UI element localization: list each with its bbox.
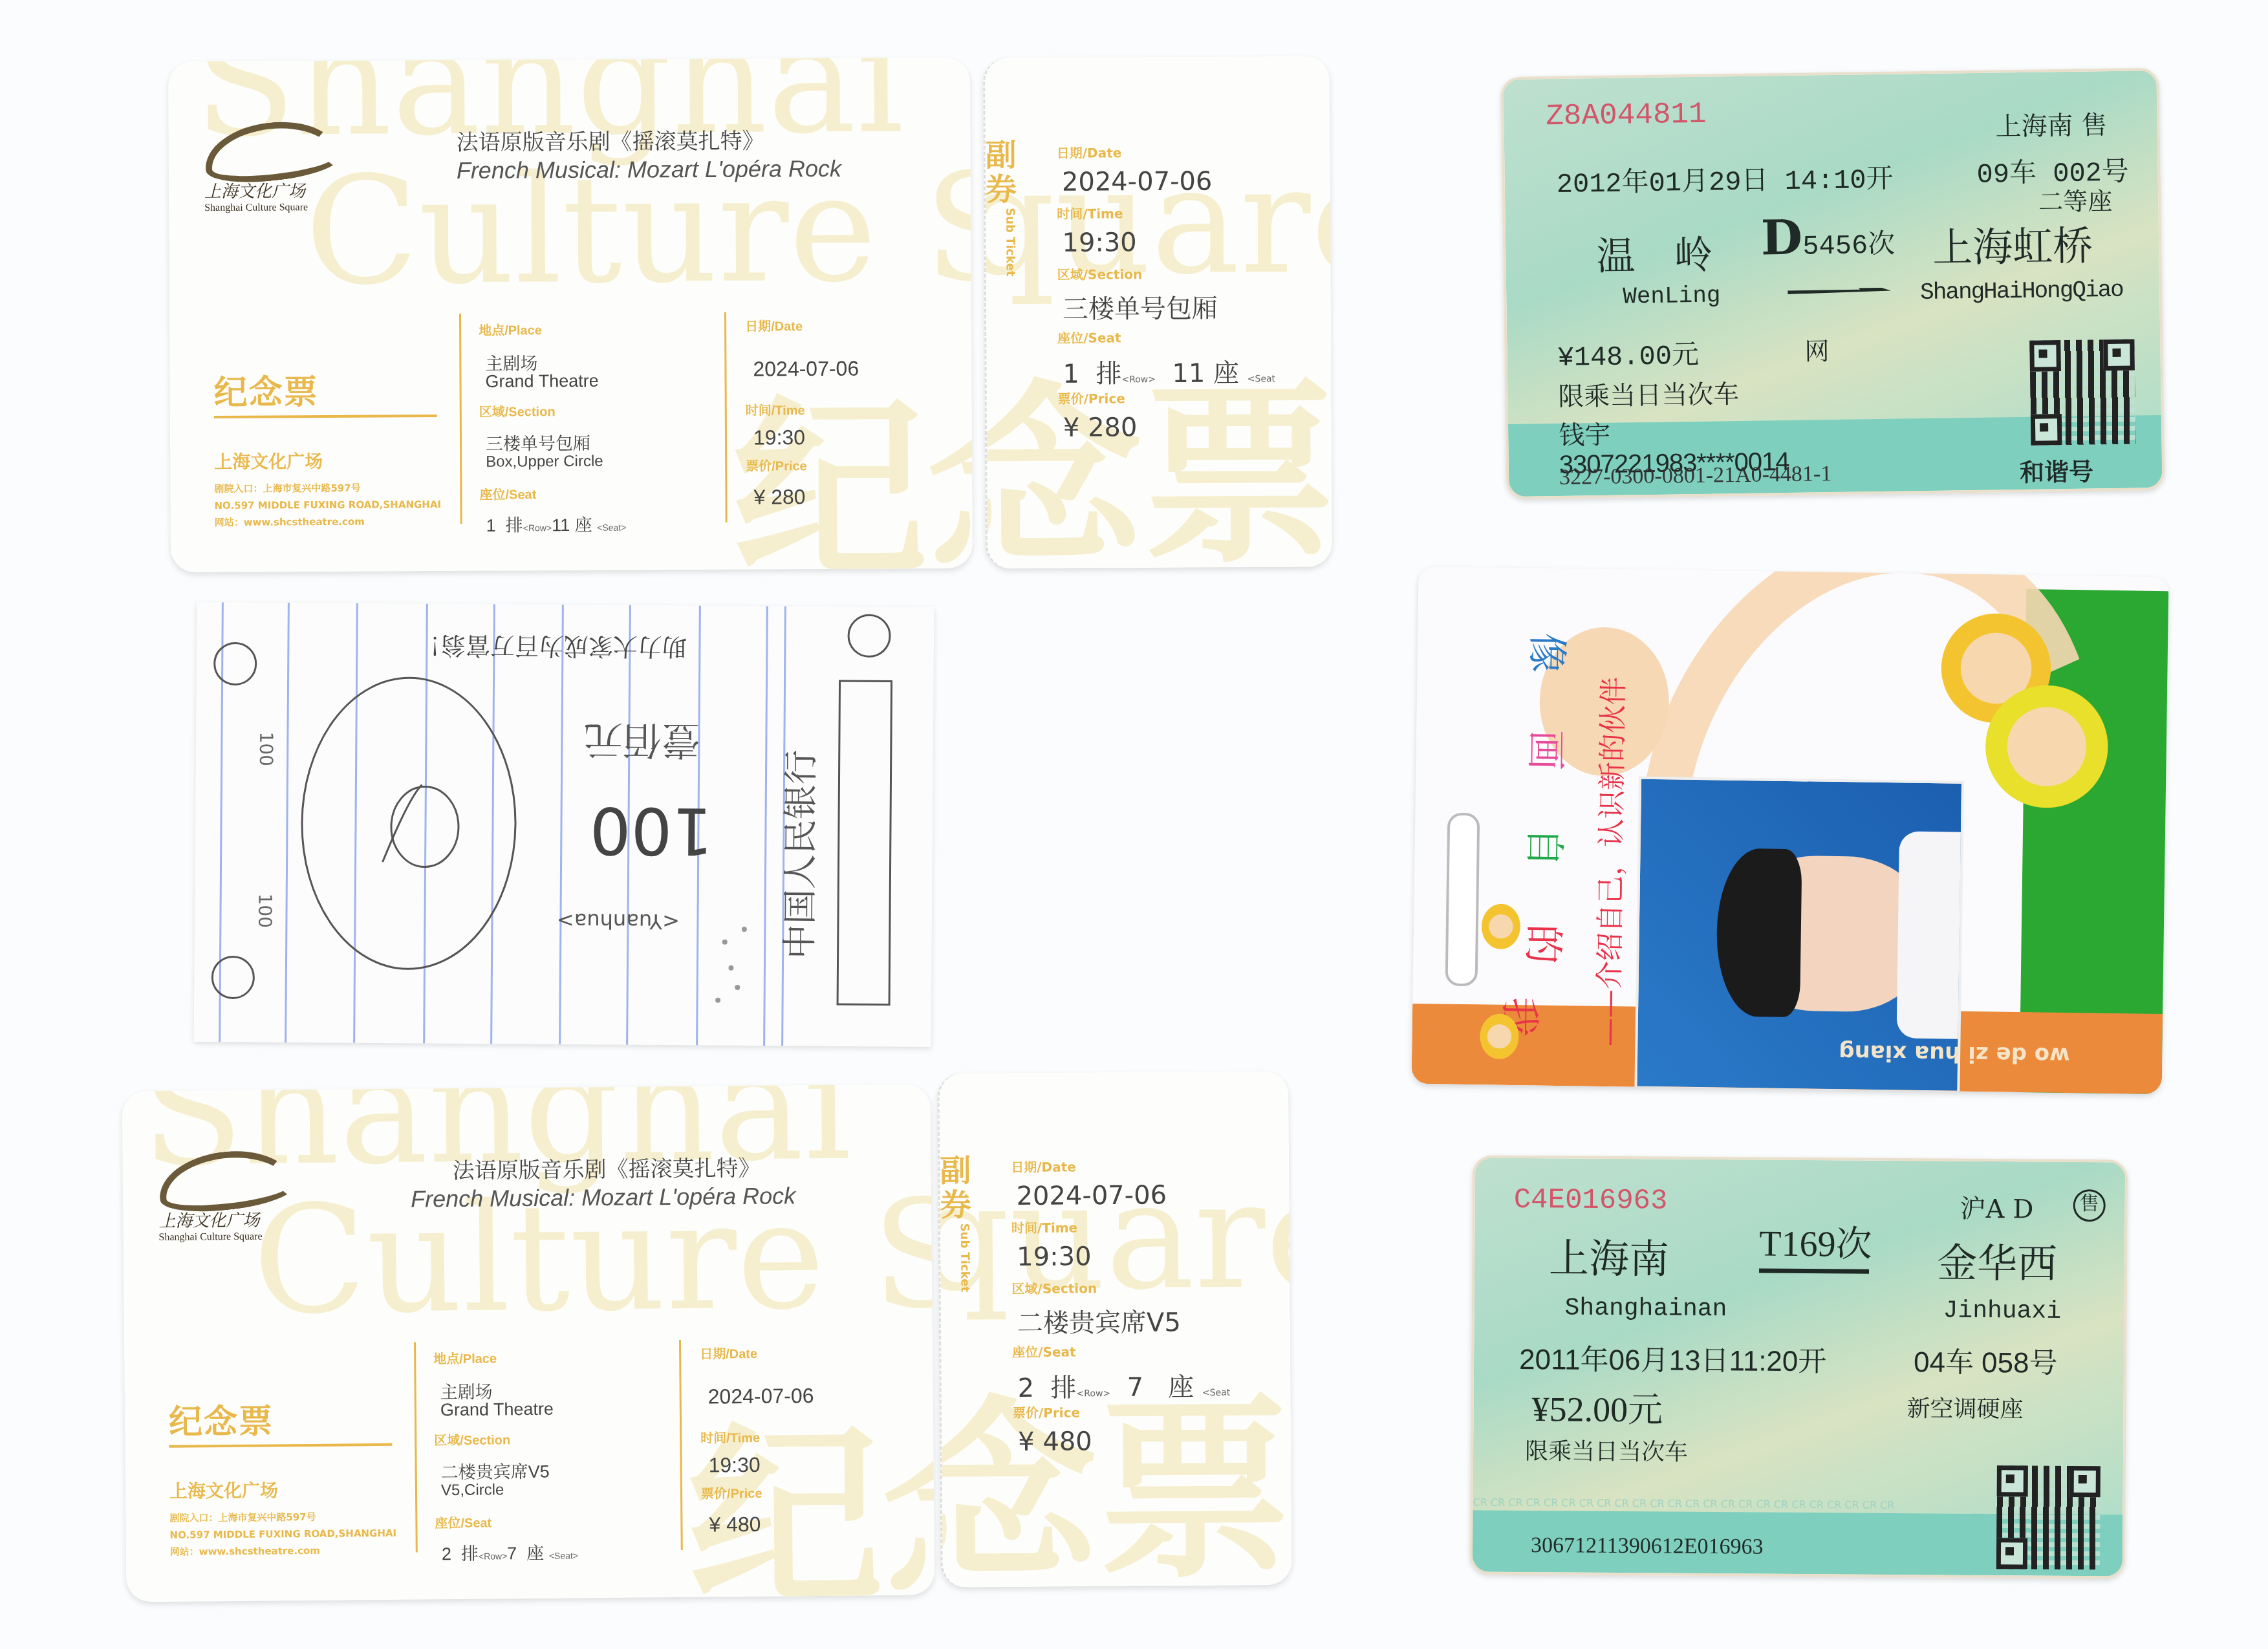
train-ticket-t169: CR CR CR CR CR CR CR CR CR CR CR CR CR C… bbox=[1470, 1155, 2128, 1579]
stub-time: 19:30 bbox=[1017, 1242, 1092, 1272]
divider bbox=[214, 415, 437, 418]
stub-date-label: 日期/Date bbox=[1011, 1156, 1076, 1176]
stub-row-unit: 排 bbox=[1050, 1373, 1076, 1403]
from-station-cn: 温 岭 bbox=[1596, 224, 1713, 282]
divider bbox=[169, 1443, 392, 1448]
stub-row: 2 bbox=[1017, 1374, 1034, 1403]
to-station-cn: 上海虹桥 bbox=[1932, 213, 2093, 273]
stub-section: 二楼贵宾席V5 bbox=[1017, 1302, 1181, 1340]
drawing-top-text: 助力大家成为百万富翁！ bbox=[416, 629, 687, 667]
price-label: 票价/Price bbox=[746, 455, 807, 474]
notebook-lines-icon bbox=[194, 602, 934, 1047]
seat-value: 2 排<Row>7 座 <Seat> bbox=[442, 1538, 578, 1565]
column-divider bbox=[414, 1342, 418, 1553]
stub-section-label: 区域/Section bbox=[1011, 1278, 1097, 1297]
place-en: Grand Theatre bbox=[485, 371, 598, 392]
row-number: 2 bbox=[442, 1544, 451, 1564]
column-divider bbox=[724, 312, 728, 523]
hand-drawn-banknote: 助力大家成为百万富翁！ 100 壹佰元 <Yuanhua> 中国人民银行 100… bbox=[194, 602, 934, 1047]
stub-time-label: 时间/Time bbox=[1011, 1217, 1077, 1236]
seat-label: 座位/Seat bbox=[479, 484, 536, 502]
section-cn: 二楼贵宾席V5 bbox=[441, 1458, 550, 1483]
stub-row-en: <Row> bbox=[1121, 374, 1156, 385]
stub-time-label: 时间/Time bbox=[1057, 203, 1123, 222]
column-divider bbox=[679, 1340, 683, 1550]
self-portrait-card: 像 画 自 的 我 ——介绍自己，认识新的伙伴 wo de zi hua xia… bbox=[1411, 566, 2168, 1094]
date-label: 日期/Date bbox=[745, 316, 803, 334]
departure-datetime: 2011年06月13日11:20开 bbox=[1519, 1336, 1827, 1379]
stub-seat-unit: 座 bbox=[1213, 358, 1239, 388]
bottom-code: 3227-0300-0801-21A0-4481-1 bbox=[1559, 462, 1832, 490]
address-cn: 剧院入口：上海市复兴中路597号 bbox=[214, 479, 441, 497]
souvenir-label: 纪念票 bbox=[169, 1394, 274, 1443]
watermark-souvenir: 念票 bbox=[983, 380, 1332, 569]
drawing-corner-value: 100 bbox=[254, 893, 275, 928]
from-station-en: WenLing bbox=[1623, 282, 1721, 310]
drawing-corner-value: 100 bbox=[255, 731, 277, 766]
stub-seat-en: <Seat bbox=[1202, 1388, 1230, 1398]
stub-price-label: 票价/Price bbox=[1058, 388, 1125, 407]
address-en: NO.597 MIDDLE FUXING ROAD,SHANGHAI bbox=[214, 496, 441, 514]
shanghai-culture-square-logo: 上海文化广场 Shanghai Culture Square bbox=[158, 1151, 294, 1244]
seat-value: 1 排<Row>11 座 <Seat> bbox=[486, 511, 627, 537]
place-en: Grand Theatre bbox=[440, 1399, 554, 1421]
show-title-cn: 法语原版音乐剧《摇滚莫扎特》 bbox=[452, 1150, 760, 1185]
stub-price: ¥ 280 bbox=[1063, 413, 1138, 443]
logo-cn: 上海文化广场 bbox=[158, 1207, 294, 1232]
departure-datetime: 2012年01月29日 14:10开 bbox=[1556, 157, 1894, 200]
to-station-cn: 金华西 bbox=[1937, 1231, 2058, 1289]
stub-seat-label: 座位/Seat bbox=[1012, 1341, 1076, 1361]
sales-channel: 网 bbox=[1804, 331, 1830, 367]
sub-ticket-en: Sub Ticket bbox=[1003, 208, 1017, 276]
shanghai-culture-square-logo: 上海文化广场 Shanghai Culture Square bbox=[204, 122, 340, 214]
website: 网站：www.shcstheatre.com bbox=[170, 1542, 397, 1560]
sub-ticket-label: 副券 bbox=[983, 138, 1019, 207]
stub-price: ¥ 480 bbox=[1018, 1427, 1092, 1457]
section-en: Box,Upper Circle bbox=[486, 453, 603, 471]
price-value: ¥ 280 bbox=[753, 485, 805, 509]
stub-section: 三楼单号包厢 bbox=[1063, 288, 1218, 326]
direction-arrow-icon bbox=[1759, 1269, 1869, 1274]
stub-seat-number: 7 bbox=[1127, 1373, 1143, 1403]
website: 网站：www.shcstheatre.com bbox=[215, 513, 442, 531]
direction-arrow-icon bbox=[1787, 288, 1891, 294]
title-char: 自 bbox=[1479, 826, 1577, 872]
stub-row-en: <Row> bbox=[1077, 1388, 1111, 1399]
passenger-name: 钱宇 bbox=[1559, 415, 1611, 452]
show-title-en: French Musical: Mozart L'opéra Rock bbox=[457, 155, 841, 184]
ticket-notice: 限乘当日当次车 bbox=[1558, 374, 1740, 413]
drawing-bank-text: 中国人民银行 bbox=[772, 749, 823, 960]
train-number: T169次 bbox=[1759, 1215, 1872, 1267]
portrait-hair bbox=[1716, 848, 1802, 1017]
section-label: 区域/Section bbox=[479, 401, 556, 420]
portrait-collar bbox=[1897, 831, 1964, 1039]
drawing-signature: <Yuanhua> bbox=[557, 909, 680, 934]
stub-time: 19:30 bbox=[1062, 228, 1137, 258]
drawing-denomination: 壹佰元 bbox=[584, 715, 701, 771]
seat-en: <Seat> bbox=[549, 1550, 578, 1560]
stub-price-label: 票价/Price bbox=[1013, 1402, 1080, 1421]
logo-arc-icon bbox=[201, 115, 343, 188]
date-label: 日期/Date bbox=[700, 1343, 757, 1363]
issuer: 沪A D bbox=[1960, 1189, 2034, 1226]
stub-row: 1 bbox=[1063, 360, 1079, 389]
stub-row-unit: 排 bbox=[1096, 359, 1121, 389]
sold-at: 上海南 售 bbox=[1995, 105, 2107, 143]
card-subtitle: ——介绍自己，认识新的伙伴 bbox=[1584, 616, 1633, 1094]
section-en: V5,Circle bbox=[441, 1481, 504, 1500]
sub-ticket-en: Sub Ticket bbox=[958, 1223, 972, 1293]
price-value: ¥ 480 bbox=[709, 1513, 761, 1537]
address-cn: 剧院入口：上海市复兴中路597号 bbox=[169, 1508, 396, 1527]
seat-class: 新空调硬座 bbox=[1906, 1390, 2023, 1424]
watermark-souvenir: 念票 bbox=[937, 1394, 1292, 1588]
row-unit: 排 bbox=[461, 1544, 479, 1564]
ticket-serial: Z8A044811 bbox=[1546, 98, 1707, 133]
venue-address: 剧院入口：上海市复兴中路597号 NO.597 MIDDLE FUXING RO… bbox=[214, 479, 441, 531]
venue-name: 上海文化广场 bbox=[214, 447, 323, 474]
ticket-price: ¥52.00元 bbox=[1531, 1381, 1663, 1432]
brand-crh: 和谐号 bbox=[2020, 451, 2094, 488]
time-label: 时间/Time bbox=[700, 1427, 760, 1447]
row-en: <Row> bbox=[479, 1551, 507, 1561]
seat-number: 7 bbox=[507, 1544, 517, 1563]
qr-code-icon bbox=[1996, 1465, 2101, 1569]
row-en: <Row> bbox=[523, 523, 552, 533]
theatre-ticket-2: Shanghai Culture Square 纪念票 上海文化广场 Shang… bbox=[122, 1084, 935, 1602]
logo-en: Shanghai Culture Square bbox=[158, 1231, 294, 1244]
price-label: 票价/Price bbox=[701, 1483, 762, 1502]
car-seat: 04车 058号 bbox=[1914, 1339, 2058, 1381]
souvenir-label: 纪念票 bbox=[213, 365, 318, 414]
column-divider bbox=[459, 314, 462, 524]
train-ticket-d5456: Z8A044811 上海南 售 2012年01月29日 14:10开 09车 0… bbox=[1500, 68, 2165, 499]
seat-unit: 座 bbox=[575, 515, 592, 535]
stub-seat-label: 座位/Seat bbox=[1057, 327, 1121, 347]
qr-code-icon bbox=[2029, 339, 2135, 445]
stub-seat-unit: 座 bbox=[1168, 1372, 1194, 1402]
venue-address: 剧院入口：上海市复兴中路597号 NO.597 MIDDLE FUXING RO… bbox=[169, 1508, 396, 1560]
from-station-cn: 上海南 bbox=[1549, 1226, 1670, 1284]
to-station-en: Jinhuaxi bbox=[1943, 1297, 2061, 1326]
stub-seat: 2 排<Row> 7 座 <Seat bbox=[1017, 1366, 1230, 1405]
to-station-en: ShangHaiHongQiao bbox=[1920, 277, 2123, 306]
logo-cn: 上海文化广场 bbox=[204, 178, 340, 202]
ticket-price: ¥148.00元 bbox=[1557, 333, 1699, 374]
title-char: 像 bbox=[1482, 632, 1579, 678]
train-prefix: D bbox=[1760, 210, 1802, 266]
drawing-amount: 100 bbox=[590, 792, 714, 868]
seat-unit: 座 bbox=[526, 1544, 544, 1563]
show-title-cn: 法语原版音乐剧《摇滚莫扎特》 bbox=[456, 123, 764, 156]
stub-date-label: 日期/Date bbox=[1057, 142, 1122, 162]
theatre-ticket-2-stub: quare 念票 副券 Sub Ticket 日期/Date 2024-07-0… bbox=[937, 1071, 1292, 1588]
place-label: 地点/Place bbox=[433, 1348, 497, 1367]
stub-seat-number: 11 bbox=[1172, 359, 1205, 389]
time-value: 19:30 bbox=[708, 1453, 760, 1478]
place-label: 地点/Place bbox=[479, 319, 542, 339]
theatre-ticket-1-stub: quare 念票 副券 Sub Ticket 日期/Date 2024-07-0… bbox=[983, 56, 1332, 569]
show-title-en: French Musical: Mozart L'opéra Rock bbox=[411, 1182, 795, 1212]
ticket-serial: C4E016963 bbox=[1514, 1184, 1668, 1218]
section-label: 区域/Section bbox=[434, 1429, 510, 1449]
ticket-notice: 限乘当日当次车 bbox=[1525, 1433, 1688, 1467]
title-char: 画 bbox=[1480, 729, 1578, 775]
watermark-souvenir: 纪念票 bbox=[733, 392, 973, 572]
address-en: NO.597 MIDDLE FUXING ROAD,SHANGHAI bbox=[169, 1525, 396, 1544]
theatre-ticket-1: Shanghai Culture Square 纪念票 上海文化广场 Shang… bbox=[168, 58, 973, 572]
stub-seat: 1 排<Row> 11 座 <Seat bbox=[1063, 352, 1275, 391]
logo-en: Shanghai Culture Square bbox=[204, 202, 340, 214]
row-number: 1 bbox=[486, 516, 496, 535]
stub-date: 2024-07-06 bbox=[1062, 167, 1213, 197]
stub-seat-en: <Seat bbox=[1247, 374, 1275, 384]
from-station-en: Shanghainan bbox=[1564, 1294, 1727, 1323]
watermark-cr: CR CR CR CR CR CR CR CR CR CR CR CR CR C… bbox=[1473, 1496, 1894, 1511]
sub-ticket-label: 副券 bbox=[937, 1154, 974, 1223]
row-unit: 排 bbox=[506, 515, 523, 535]
stub-date: 2024-07-06 bbox=[1016, 1180, 1167, 1211]
train-number-value: 5456次 bbox=[1802, 230, 1895, 263]
date-value: 2024-07-06 bbox=[708, 1384, 814, 1408]
seat-class: 二等座 bbox=[2038, 181, 2113, 218]
card-pinyin: wo de zi hua xiang bbox=[1839, 1039, 2070, 1068]
stub-section-label: 区域/Section bbox=[1057, 264, 1143, 283]
seat-number: 11 bbox=[552, 515, 570, 535]
train-number: D5456次 bbox=[1760, 209, 1895, 266]
bottom-code: 30671211390612E016963 bbox=[1531, 1533, 1764, 1560]
date-value: 2024-07-06 bbox=[753, 357, 859, 382]
issuer-mark: 售 bbox=[2073, 1189, 2106, 1222]
venue-name: 上海文化广场 bbox=[169, 1476, 278, 1503]
seat-en: <Seat> bbox=[597, 523, 626, 533]
section-cn: 三楼单号包厢 bbox=[486, 429, 590, 455]
lanyard-slot bbox=[1445, 813, 1480, 987]
seat-label: 座位/Seat bbox=[435, 1513, 491, 1532]
time-label: 时间/Time bbox=[746, 400, 805, 418]
time-value: 19:30 bbox=[753, 426, 805, 449]
